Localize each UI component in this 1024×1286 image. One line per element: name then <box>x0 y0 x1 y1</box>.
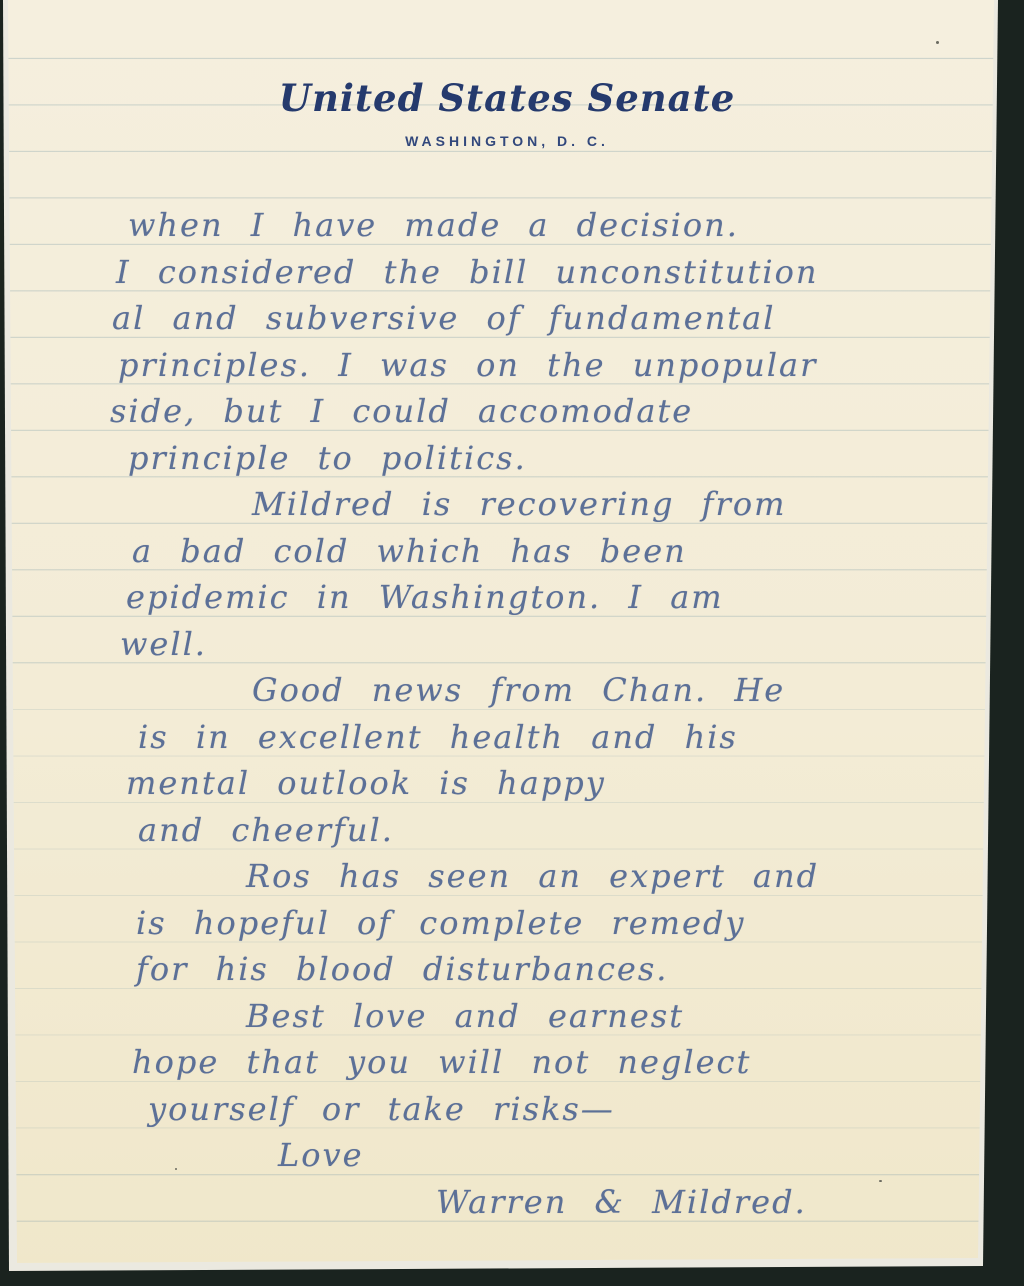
letter-line: epidemic in Washington. I am <box>0 574 1000 621</box>
letter-line: a bad cold which has been <box>0 528 1000 575</box>
letter-line: I considered the bill unconstitution <box>0 249 1000 296</box>
letter-line: Good news from Chan. He <box>0 667 1000 714</box>
letter-line: side, but I could accomodate <box>0 388 1000 435</box>
photograph-background: United States Senate WASHINGTON, D. C. w… <box>0 0 1024 1286</box>
letter-line: Warren & Mildred. <box>0 1179 1000 1226</box>
letter-line: al and subversive of fundamental <box>0 295 1000 342</box>
letter-line: yourself or take risks— <box>0 1086 1000 1133</box>
letter-line: and cheerful. <box>0 807 1000 854</box>
letter-line: Mildred is recovering from <box>0 481 1000 528</box>
letter-line: well. <box>0 621 1000 668</box>
letter-line: when I have made a decision. <box>0 202 1000 249</box>
letterhead: United States Senate WASHINGTON, D. C. <box>12 76 1002 149</box>
paper-speck <box>879 1180 882 1182</box>
letter-body: when I have made a decision.I considered… <box>0 202 1000 1225</box>
paper-speck <box>175 1168 177 1170</box>
letter-line: principles. I was on the unpopular <box>0 342 1000 389</box>
letter-line: mental outlook is happy <box>0 760 1000 807</box>
paper-speck <box>936 41 939 44</box>
letter-line: Ros has seen an expert and <box>0 853 1000 900</box>
letter-line: Best love and earnest <box>0 993 1000 1040</box>
letter-line: is hopeful of complete remedy <box>0 900 1000 947</box>
letter-line: hope that you will not neglect <box>0 1039 1000 1086</box>
letter-line: principle to politics. <box>0 435 1000 482</box>
letterhead-location: WASHINGTON, D. C. <box>12 133 1002 149</box>
letterhead-organization: United States Senate <box>12 76 1002 120</box>
letter-line: Love <box>0 1132 1000 1179</box>
letter-line: is in excellent health and his <box>0 714 1000 761</box>
letter-line: for his blood disturbances. <box>0 946 1000 993</box>
